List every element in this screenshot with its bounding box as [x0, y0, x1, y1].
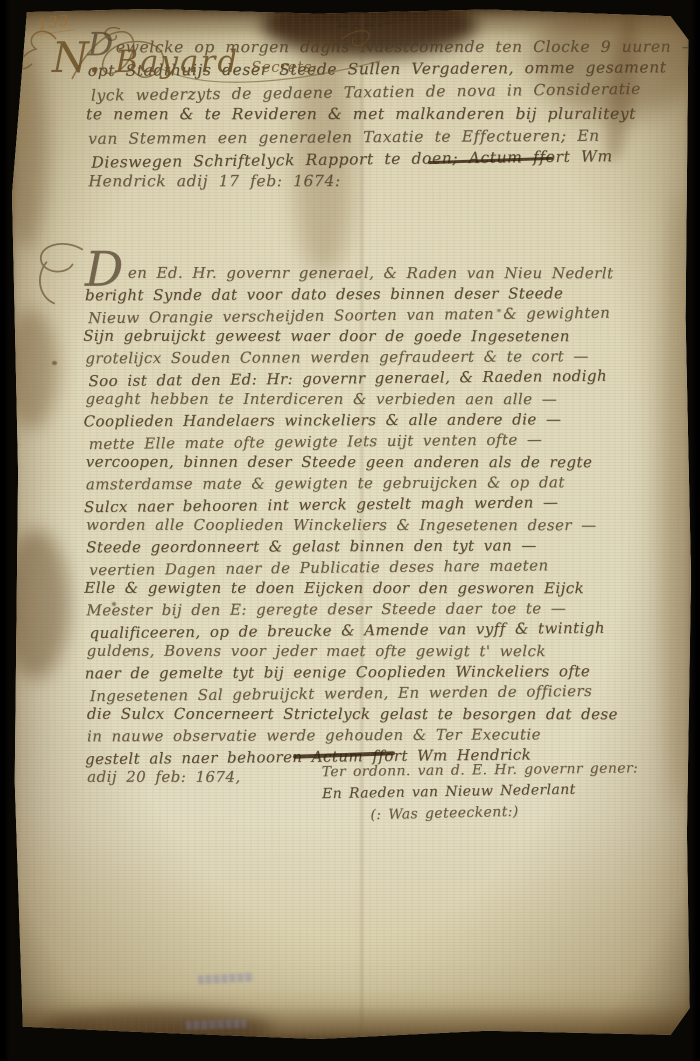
manuscript-line: veertien Dagen naer de Publicatie deses … [89, 554, 686, 581]
faint-archive-stamp [186, 1019, 246, 1030]
page-number: 212 [337, 9, 377, 33]
manuscript-line: gestelt als naer behooren Actum ffort Wm… [85, 743, 687, 770]
manuscript-line: Hendrick adij 17 feb: 1674: [88, 170, 684, 193]
right-edge-stain [660, 189, 700, 809]
top-edge-stain [12, 3, 691, 37]
top-right-streak-stain [601, 10, 643, 162]
manuscript-line: guldens, Bovens voor jeder maet ofte gew… [87, 641, 687, 663]
manuscript-line: vercoopen, binnen deser Steede geen ande… [86, 452, 686, 474]
manuscript-line: Sijn gebruijckt geweest waer door de goe… [83, 326, 685, 348]
manuscript-line: worden alle Cooplieden Winckeliers & Ing… [86, 515, 686, 537]
top-center-stain [262, 0, 477, 57]
manuscript-line: amsterdamse mate & gewigten te gebruijck… [86, 472, 686, 496]
entry-1674-feb-20: Den Ed. Hr. governr generael, & Raden va… [85, 249, 687, 790]
entry-1674-feb-17: Dewelcke op morgen daghs Naestcomende te… [88, 31, 685, 194]
manuscript-line: adij 20 feb: 1674, [87, 767, 687, 789]
center-crease-stain [295, 37, 353, 272]
ink-spot [52, 361, 57, 365]
flourished-initial: D [85, 242, 124, 298]
paper-sheet: 133 212 Dewelcke op morgen daghs Naestco… [12, 9, 691, 1039]
manuscript-line: grotelijcx Souden Connen werden gefraude… [85, 346, 685, 370]
manuscript-line: qualificeeren, op de breucke & Amende va… [89, 617, 686, 644]
bottom-edge-stain [12, 1004, 691, 1049]
manuscript-line: naer de gemelte tyt bij eenige Coopliede… [85, 661, 687, 685]
manuscript-line: Nieuw Orangie verscheijden Soorten van m… [88, 302, 685, 329]
initial-flourish-swash [33, 242, 89, 308]
manuscript-line: Sulcx naer behooren int werck gestelt ma… [84, 491, 686, 518]
bottom-left-stain [42, 1009, 272, 1049]
ink-spot [112, 602, 116, 606]
signature-name: Bayard [115, 44, 239, 80]
line-text: ewelcke op morgen daghs Naestcomende ten… [116, 38, 698, 57]
manuscript-line: die Sulcx Concerneert Strictelyck gelast… [87, 704, 687, 726]
manuscript-line: Ter ordonn. van d. E. Hr. governr gener: [322, 758, 682, 783]
edge-vignette [12, 9, 691, 1039]
manuscript-line: Meester bij den E: geregte deser Steede … [86, 598, 686, 622]
manuscript-line: Dieswegen Schriftelyck Rapport te doen; … [91, 144, 684, 174]
ink-spot [130, 649, 133, 652]
left-edge-stain-lower [0, 529, 70, 679]
manuscript-line: En Raeden van Nieuw Nederlant [322, 778, 682, 805]
top-right-stain [532, 0, 700, 117]
ink-spot [497, 309, 501, 312]
manuscript-line: van Stemmen een generaelen Taxatie te Ef… [88, 124, 684, 150]
manuscript-line: Steede geordonneert & gelast binnen den … [86, 535, 686, 559]
manuscript-line: in nauwe observatie werde gehouden & Ter… [87, 724, 687, 748]
ink-dash-rule [293, 751, 395, 759]
signature-title: Secrets: [251, 58, 317, 76]
manuscript-line: Elle & gewigten te doen Eijcken door den… [84, 578, 686, 600]
signature-block: N. Bayard Secrets: [12, 9, 402, 104]
laid-paper-texture [12, 9, 691, 1039]
signature-flourish [12, 9, 402, 104]
margin-scribble-mark [100, 25, 126, 45]
left-edge-stain-middle [4, 309, 58, 429]
manuscript-line: beright Synde dat voor dato deses binnen… [85, 283, 685, 307]
closing-attestation: Ter ordonn. van d. E. Hr. governr gener:… [321, 757, 682, 826]
line-text: en Ed. Hr. governr generael, & Raden van… [128, 264, 614, 282]
left-edge-stain-upper [2, 49, 48, 249]
manuscript-line: lyck wederzyts de gedaene Taxatien de no… [91, 77, 684, 107]
flourished-initial: D [88, 25, 114, 63]
manuscript-line: te nemen & te Revideren & met malkandere… [86, 103, 684, 126]
manuscript-line: Dewelcke op morgen daghs Naestcomende te… [88, 33, 684, 59]
vertical-crease [360, 9, 363, 1039]
manuscript-line: Cooplieden Handelaers winckeliers & alle… [84, 409, 686, 433]
manuscript-line: Den Ed. Hr. governr generael, & Raden va… [85, 250, 685, 285]
manuscript-line: Soo ist dat den Ed: Hr: governr generael… [88, 365, 685, 392]
ink-dash-rule [428, 157, 553, 164]
manuscript-line: opt Stadthuijs deser Steede Sullen Verga… [88, 57, 684, 83]
signature: N. Bayard Secrets: [52, 33, 317, 82]
manuscript-line: Ingesetenen Sal gebruijckt werden, En we… [90, 680, 687, 707]
manuscript-line: (: Was geteeckent:) [370, 798, 682, 826]
manuscript-line: geaght hebben te Interdiceren & verbiede… [85, 389, 685, 411]
manuscript-photo: 133 212 Dewelcke op morgen daghs Naestco… [0, 0, 700, 1061]
manuscript-line: mette Elle mate ofte gewigte Iets uijt v… [89, 428, 686, 455]
signature-initial: N. [52, 33, 103, 82]
faint-archive-stamp [198, 973, 254, 985]
folio-number: 133 [34, 10, 74, 35]
